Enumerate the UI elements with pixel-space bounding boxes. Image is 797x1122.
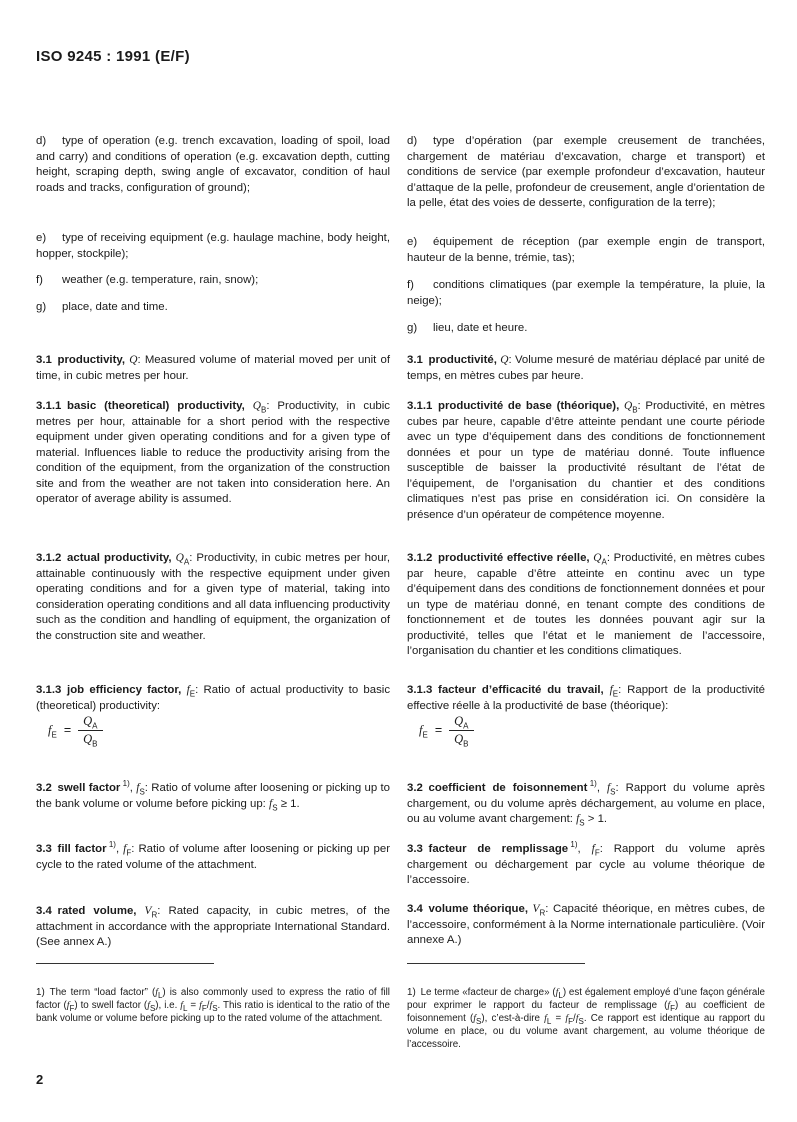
list-text: conditions climatiques (par exemple la t… bbox=[407, 279, 765, 307]
list-item-f-fr: f)conditions climatiques (par exemple la… bbox=[407, 278, 765, 309]
formula-equals: = bbox=[64, 723, 71, 739]
section-3-4-en: 3.4 rated volume, VR: Rated capacity, in… bbox=[36, 904, 390, 951]
footnote-divider-fr bbox=[407, 963, 585, 964]
formula-fraction: QA QB bbox=[78, 714, 102, 747]
formula-lhs: fE bbox=[419, 723, 428, 739]
section-3-4-fr: 3.4 volume théorique, VR: Capacité théor… bbox=[407, 902, 765, 949]
formula-equals: = bbox=[435, 723, 442, 739]
list-label: d) bbox=[36, 134, 62, 150]
list-text: weather (e.g. temperature, rain, snow); bbox=[62, 274, 258, 286]
footnote-1-fr: 1) Le terme «facteur de charge» (fL) est… bbox=[407, 986, 765, 1051]
list-text: type of receiving equipment (e.g. haulag… bbox=[36, 232, 390, 260]
fraction-numerator: QA bbox=[78, 714, 102, 731]
section-3-1-en: 3.1 productivity, Q: Measured volume of … bbox=[36, 353, 390, 384]
document-page: ISO 9245 : 1991 (E/F) d)type of operatio… bbox=[0, 0, 797, 1122]
section-3-1-3-fr: 3.1.3 facteur d’efficacité du travail, f… bbox=[407, 683, 765, 714]
section-3-1-1-fr: 3.1.1 productivité de base (théorique), … bbox=[407, 399, 765, 523]
list-text: lieu, date et heure. bbox=[433, 322, 527, 334]
list-text: place, date and time. bbox=[62, 301, 168, 313]
fraction-denominator: QB bbox=[83, 731, 97, 747]
fraction-numerator: QA bbox=[449, 714, 473, 731]
list-text: équipement de réception (par exemple eng… bbox=[407, 236, 765, 264]
section-3-1-2-fr: 3.1.2 productivité effective réelle, QA:… bbox=[407, 551, 765, 660]
list-item-f-en: f)weather (e.g. temperature, rain, snow)… bbox=[36, 273, 390, 289]
footnote-1-en: 1) The term “load factor” (fL) is also c… bbox=[36, 986, 390, 1025]
list-label: f) bbox=[407, 278, 433, 294]
list-text: type of operation (e.g. trench excavatio… bbox=[36, 135, 390, 194]
print-artifact: ’ bbox=[760, 864, 762, 876]
list-label: f) bbox=[36, 273, 62, 289]
list-label: g) bbox=[407, 321, 433, 337]
section-3-1-fr: 3.1 productivité, Q: Volume mesuré de ma… bbox=[407, 353, 765, 384]
job-efficiency-formula-fr: fE = QA QB bbox=[407, 714, 765, 747]
section-3-3-fr: 3.3 facteur de remplissage 1), fF: Rappo… bbox=[407, 842, 765, 889]
fraction-denominator: QB bbox=[454, 731, 468, 747]
list-label: g) bbox=[36, 300, 62, 316]
section-3-1-3-en: 3.1.3 job efficiency factor, fE: Ratio o… bbox=[36, 683, 390, 714]
list-text: type d’opération (par exemple creusement… bbox=[407, 135, 765, 209]
list-item-g-fr: g)lieu, date et heure. bbox=[407, 321, 765, 337]
list-item-d-fr: d)type d’opération (par exemple creuseme… bbox=[407, 134, 765, 212]
list-label: d) bbox=[407, 134, 433, 150]
section-3-1-2-en: 3.1.2 actual productivity, QA: Productiv… bbox=[36, 551, 390, 644]
list-item-g-en: g)place, date and time. bbox=[36, 300, 390, 316]
list-item-d-en: d)type of operation (e.g. trench excavat… bbox=[36, 134, 390, 196]
section-3-3-en: 3.3 fill factor 1), fF: Ratio of volume … bbox=[36, 842, 390, 873]
footnote-divider-en bbox=[36, 963, 214, 964]
list-item-e-fr: e)équipement de réception (par exemple e… bbox=[407, 235, 765, 266]
column-english: d)type of operation (e.g. trench excavat… bbox=[36, 0, 390, 1122]
list-item-e-en: e)type of receiving equipment (e.g. haul… bbox=[36, 231, 390, 262]
section-3-1-1-en: 3.1.1 basic (theoretical) productivity, … bbox=[36, 399, 390, 508]
section-3-2-fr: 3.2 coefficient de foisonnement 1), fS: … bbox=[407, 781, 765, 828]
formula-fraction: QA QB bbox=[449, 714, 473, 747]
column-french: d)type d’opération (par exemple creuseme… bbox=[407, 0, 765, 1122]
list-label: e) bbox=[36, 231, 62, 247]
list-label: e) bbox=[407, 235, 433, 251]
section-3-2-en: 3.2 swell factor 1), fS: Ratio of volume… bbox=[36, 781, 390, 812]
job-efficiency-formula-en: fE = QA QB bbox=[36, 714, 390, 747]
page-number: 2 bbox=[36, 1072, 43, 1087]
formula-lhs: fE bbox=[48, 723, 57, 739]
